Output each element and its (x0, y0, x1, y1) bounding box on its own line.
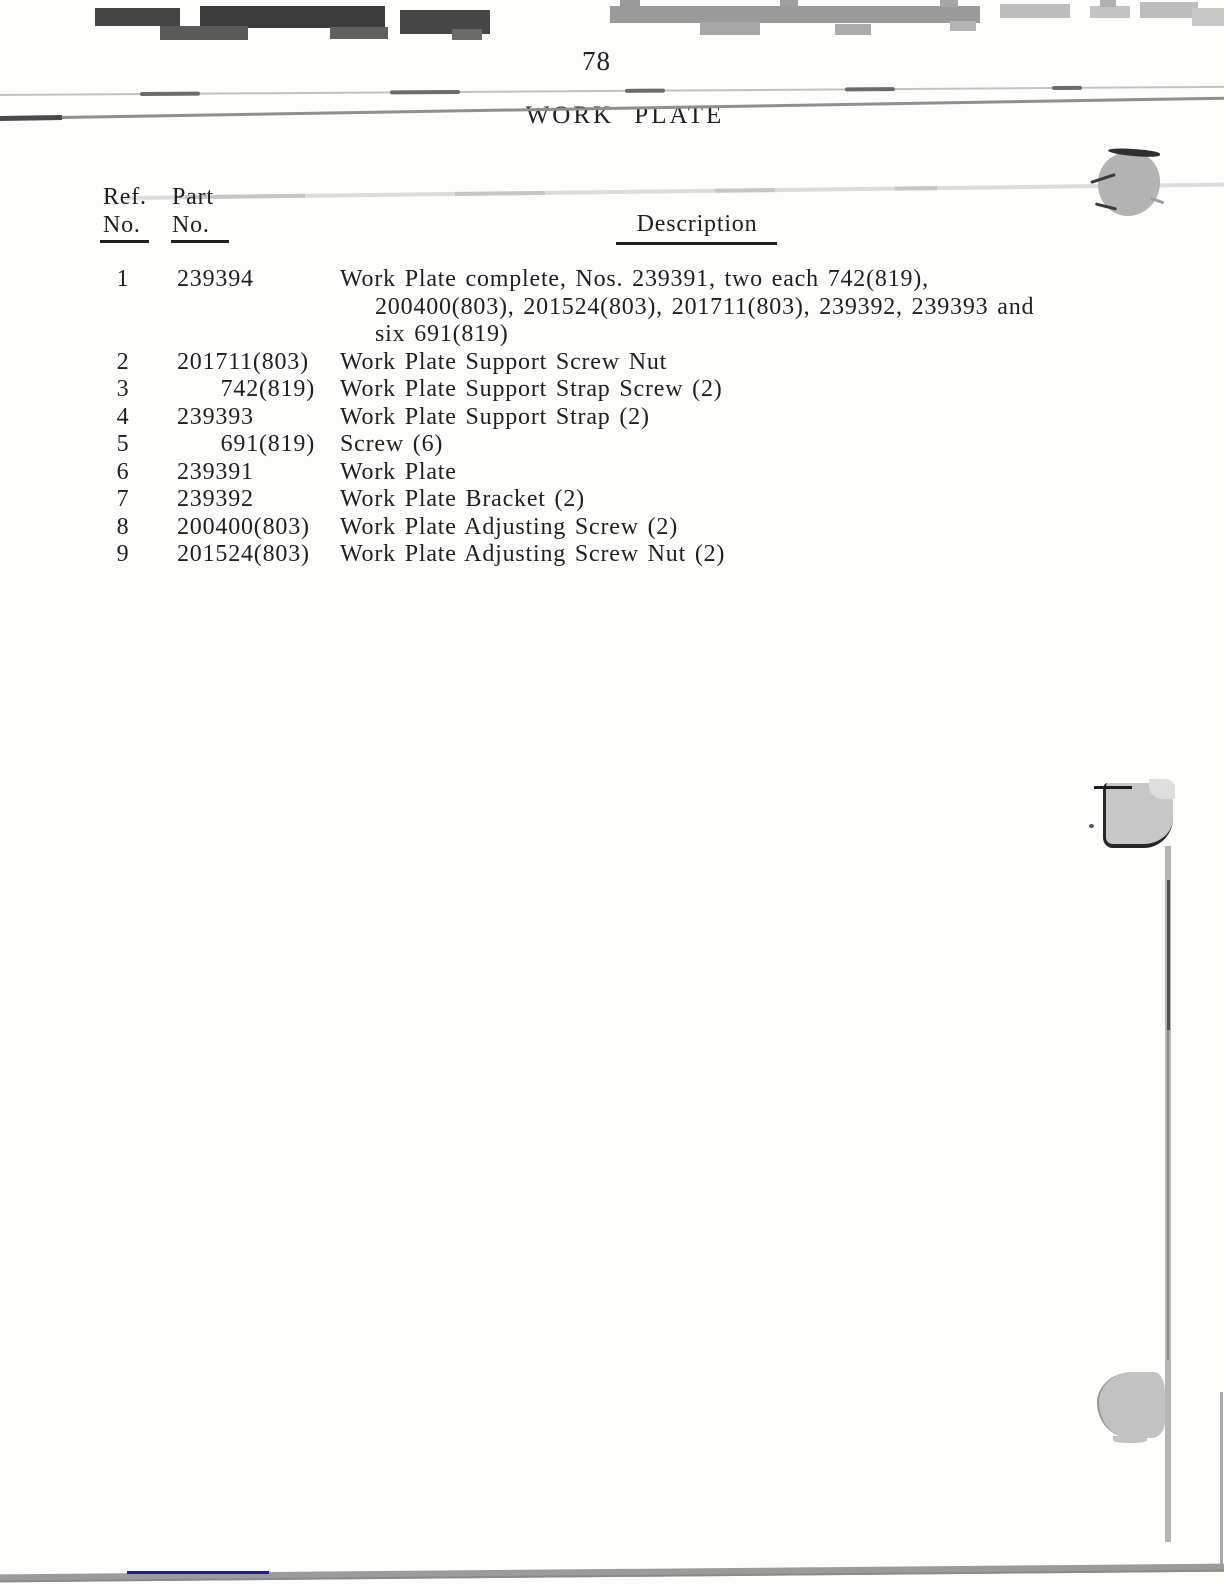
pen-underline-mark (127, 1571, 269, 1574)
header-underline (616, 242, 777, 245)
table-row: 2 201711(803) Work Plate Support Screw N… (0, 349, 1150, 377)
description-cell: Work Plate Adjusting Screw (2) (340, 514, 1150, 542)
scan-artifact-top-edge (0, 0, 1224, 42)
table-row: 5 691(819) Screw (6) (0, 431, 1150, 459)
part-no-cell: 239394 (177, 266, 315, 294)
scan-artifact-speck (1089, 824, 1094, 828)
description-cell: Screw (6) (340, 431, 1150, 459)
table-row: 9 201524(803) Work Plate Adjusting Screw… (0, 541, 1150, 569)
part-header-line1: Part (172, 184, 214, 212)
table-row: 7 239392 Work Plate Bracket (2) (0, 486, 1150, 514)
description-line: 200400(803), 201524(803), 201711(803), 2… (375, 294, 1150, 322)
ref-no-cell: 5 (105, 431, 141, 459)
scan-artifact-line (0, 86, 1224, 96)
description-line: Work Plate Support Screw Nut (340, 349, 1150, 377)
table-row: 3 742(819) Work Plate Support Strap Scre… (0, 376, 1150, 404)
column-header-part-no: Part No. (172, 184, 214, 239)
description-cell: Work Plate Support Strap (2) (340, 404, 1150, 432)
table-row: 4 239393 Work Plate Support Strap (2) (0, 404, 1150, 432)
ref-no-cell: 6 (105, 459, 141, 487)
header-underline (100, 240, 149, 243)
part-no-cell: 239392 (177, 486, 315, 514)
description-cell: Work Plate Adjusting Screw Nut (2) (340, 541, 1150, 569)
description-cell: Work Plate Support Strap Screw (2) (340, 376, 1150, 404)
scanned-document-page: 78 WORK PLATE Ref. No. Part No. Descript… (0, 0, 1224, 1584)
ref-no-cell: 3 (105, 376, 141, 404)
part-no-cell: 239391 (177, 459, 315, 487)
page-number: 78 (582, 46, 611, 77)
description-cell: Work Plate (340, 459, 1150, 487)
description-cell: Work Plate complete, Nos. 239391, two ea… (340, 266, 1150, 349)
part-no-cell: 691(819) (177, 431, 315, 459)
part-no-cell: 200400(803) (177, 514, 315, 542)
ref-no-cell: 9 (105, 541, 141, 569)
table-row: 8 200400(803) Work Plate Adjusting Screw… (0, 514, 1150, 542)
ref-header-line2: No. (103, 212, 147, 240)
description-line: Work Plate (340, 459, 1150, 487)
description-line: Screw (6) (340, 431, 1150, 459)
column-header-ref-no: Ref. No. (103, 184, 147, 239)
ref-no-cell: 2 (105, 349, 141, 377)
scan-artifact-line (125, 183, 1224, 200)
scan-artifact-page-edge-line (1165, 846, 1171, 1542)
description-cell: Work Plate Support Screw Nut (340, 349, 1150, 377)
scan-artifact-tape-mark (1097, 1372, 1165, 1438)
table-row: 6 239391 Work Plate (0, 459, 1150, 487)
part-no-cell: 742(819) (177, 376, 315, 404)
ref-no-cell: 8 (105, 514, 141, 542)
description-line: Work Plate Support Strap (2) (340, 404, 1150, 432)
part-no-cell: 239393 (177, 404, 315, 432)
table-body: 1 239394 Work Plate complete, Nos. 23939… (0, 266, 1150, 569)
ref-no-cell: 1 (105, 266, 141, 294)
description-line: Work Plate Bracket (2) (340, 486, 1150, 514)
scan-artifact-tape-mark (1103, 783, 1173, 848)
description-line: Work Plate Support Strap Screw (2) (340, 376, 1150, 404)
ref-header-line1: Ref. (103, 184, 147, 212)
ref-no-cell: 7 (105, 486, 141, 514)
scan-artifact-right-edge-line (1220, 1392, 1223, 1572)
description-line: Work Plate Adjusting Screw (2) (340, 514, 1150, 542)
description-line: Work Plate complete, Nos. 239391, two ea… (340, 266, 1150, 294)
description-cell: Work Plate Bracket (2) (340, 486, 1150, 514)
column-header-description: Description (617, 211, 777, 239)
part-no-cell: 201711(803) (177, 349, 315, 377)
description-line: six 691(819) (375, 321, 1150, 349)
table-row: 1 239394 Work Plate complete, Nos. 23939… (0, 266, 1150, 349)
part-header-line2: No. (172, 212, 214, 240)
header-underline (171, 240, 229, 243)
description-line: Work Plate Adjusting Screw Nut (2) (340, 541, 1150, 569)
part-no-cell: 201524(803) (177, 541, 315, 569)
ref-no-cell: 4 (105, 404, 141, 432)
